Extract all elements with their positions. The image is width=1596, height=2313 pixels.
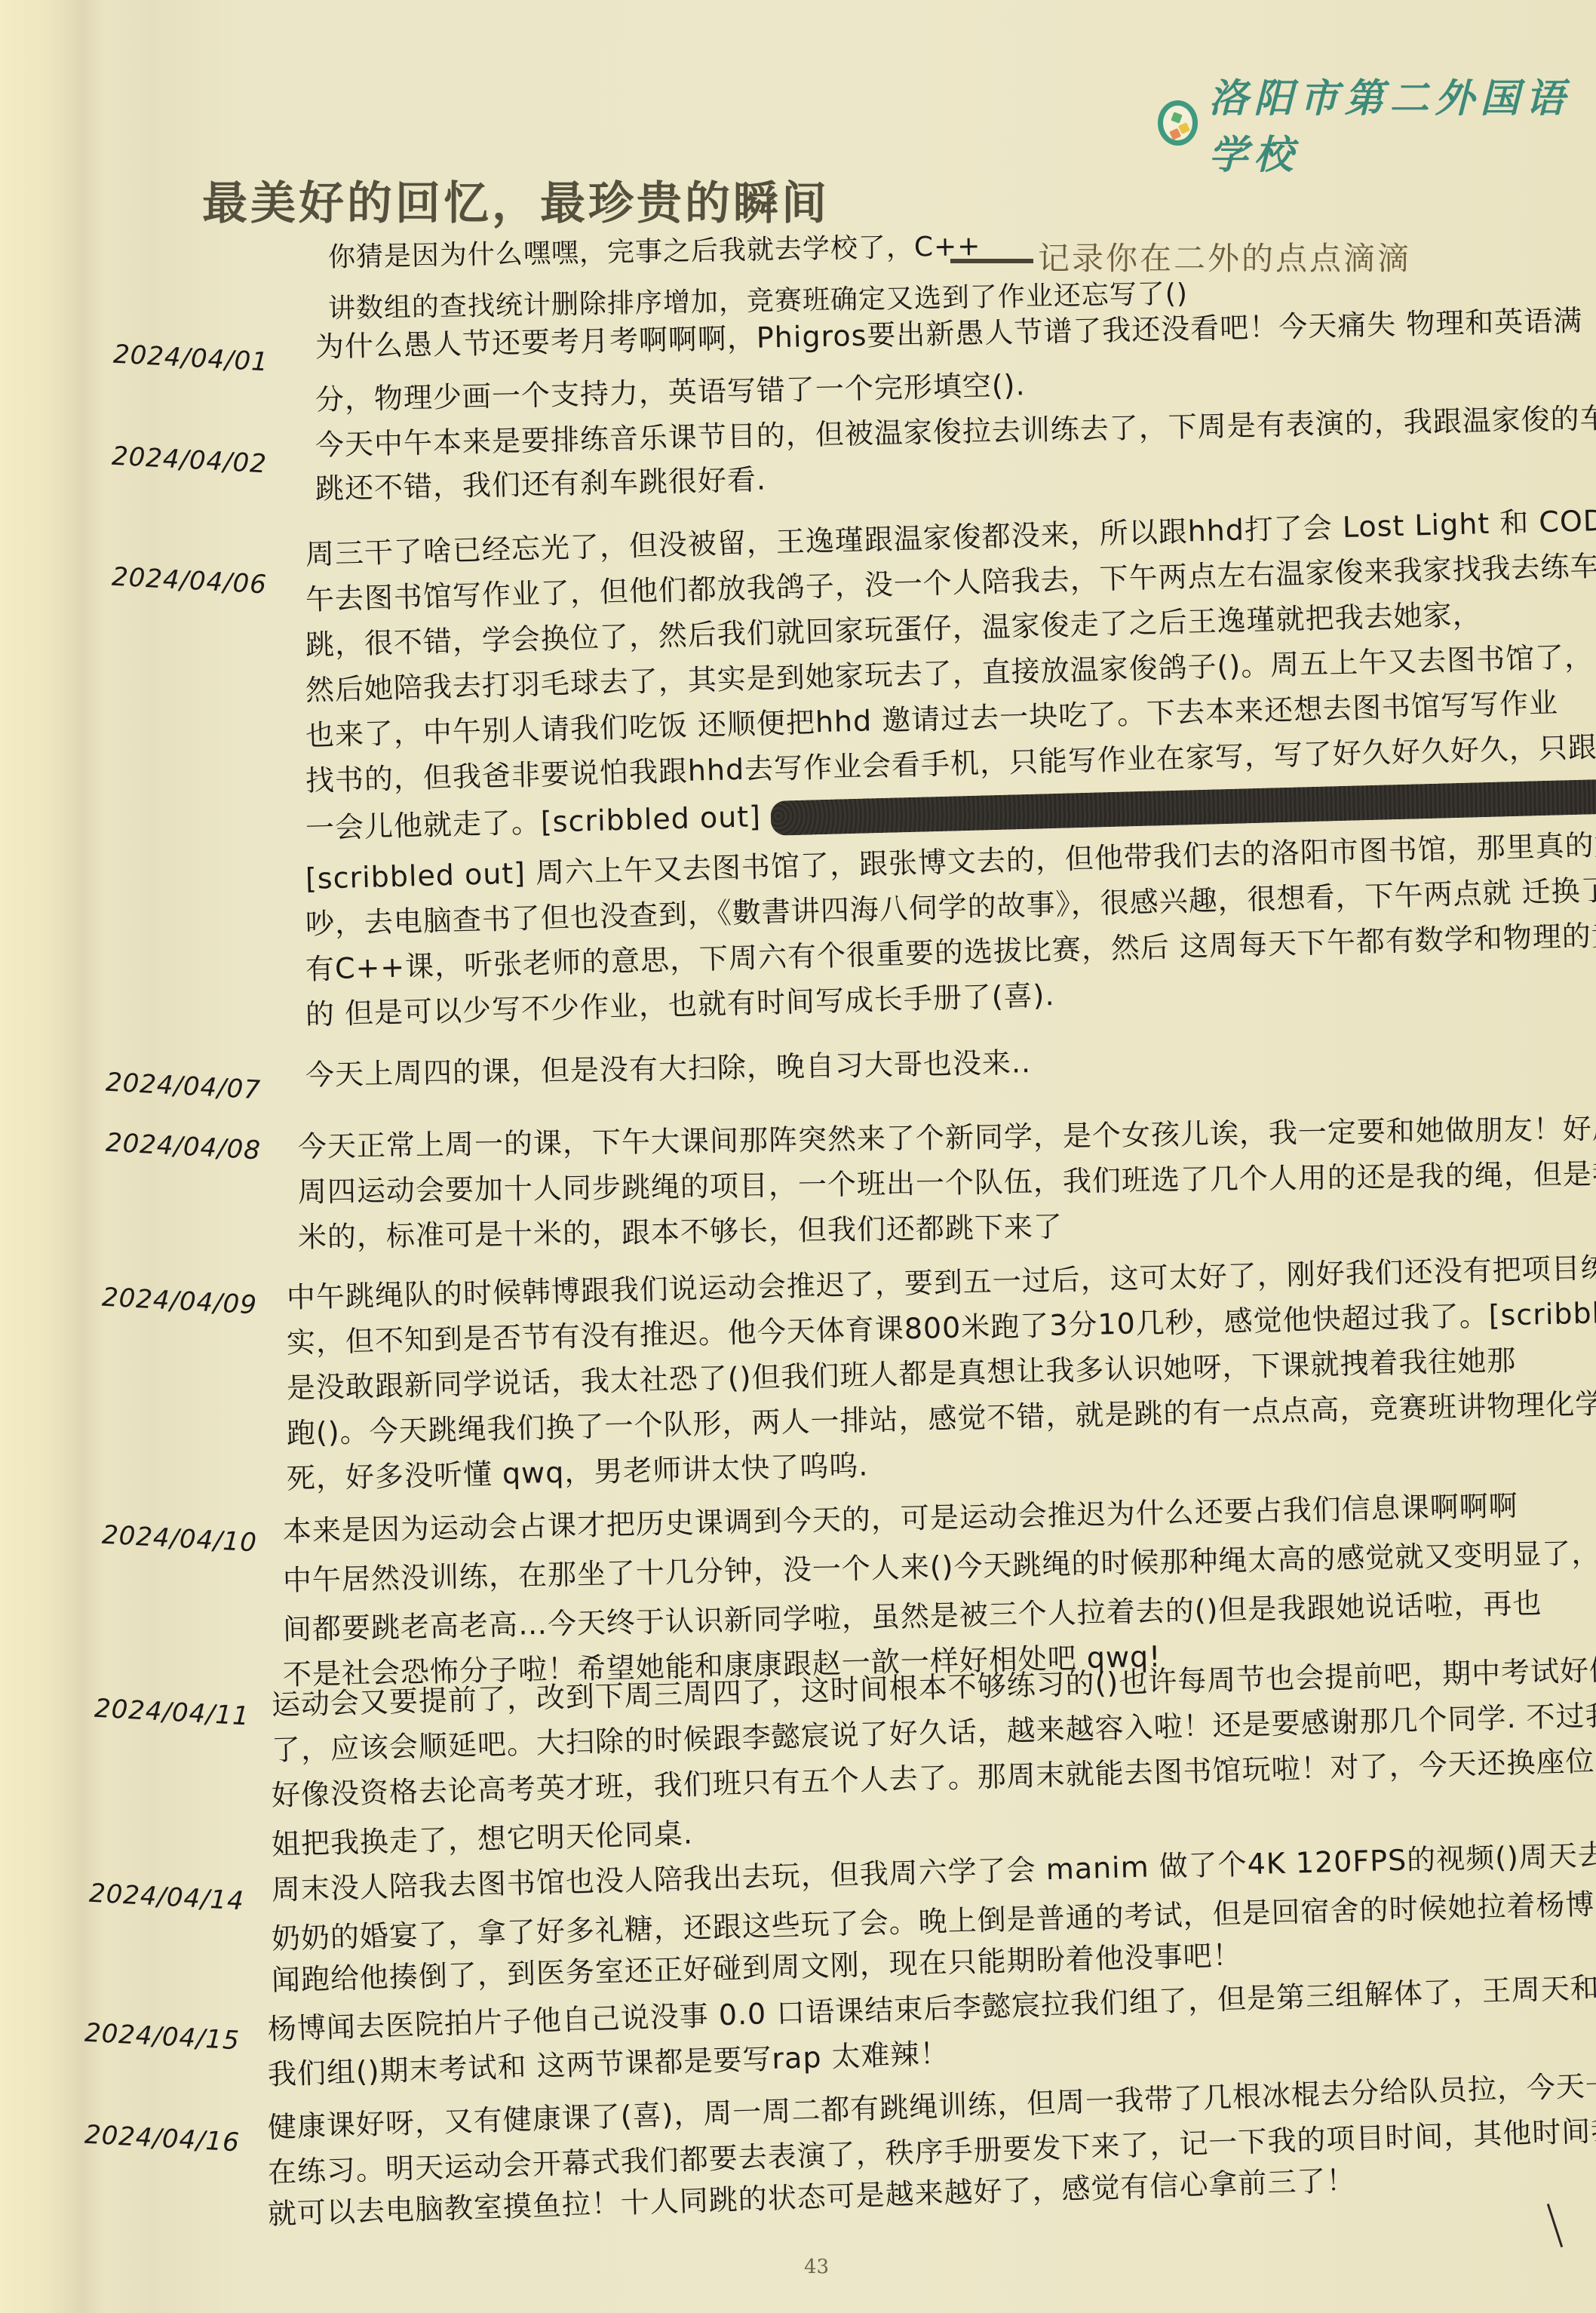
entry-date: 2024/04/08 bbox=[105, 1128, 262, 1166]
entry-line: 今天上周四的课，但是没有大扫除，晚自习大哥也没来.. bbox=[305, 1040, 1031, 1098]
subtitle-text: 记录你在二外的点点滴滴 bbox=[1038, 240, 1411, 277]
entry-line-text: 一会儿他就走了。[scribbled out] bbox=[305, 800, 761, 845]
entry-date: 2024/04/09 bbox=[101, 1282, 258, 1321]
page-number: 43 bbox=[804, 2256, 829, 2278]
entry-date: 2024/04/07 bbox=[105, 1067, 262, 1106]
school-name: 洛阳市第二外国语学校 bbox=[1208, 66, 1596, 180]
page-binding-shadow bbox=[0, 0, 106, 2313]
school-header: 洛阳市第二外国语学校 bbox=[1158, 66, 1596, 180]
entry-date: 2024/04/10 bbox=[101, 1520, 258, 1559]
preamble-line: 你猜是因为什么嘿嘿，完事之后我就去学校了，C++ bbox=[327, 224, 981, 281]
page-title: 最美好的回忆，最珍贵的瞬间 bbox=[202, 167, 830, 232]
entry-date: 2024/04/14 bbox=[88, 1878, 245, 1917]
entry-date: 2024/04/16 bbox=[84, 2120, 241, 2158]
stray-pen-mark bbox=[1547, 2204, 1563, 2247]
entry-line: 米的，标准可是十米的，跟本不够长，但我们还都跳下来了 bbox=[298, 1204, 1063, 1260]
entry-date: 2024/04/11 bbox=[94, 1694, 250, 1732]
entry-date: 2024/04/06 bbox=[111, 562, 268, 601]
school-emblem-icon bbox=[1158, 100, 1198, 146]
entry-date: 2024/04/15 bbox=[84, 2018, 241, 2057]
entry-date: 2024/04/02 bbox=[111, 441, 268, 480]
entry-line: 跳还不错，我们还有刹车跳很好看. bbox=[315, 456, 766, 511]
entry-date: 2024/04/01 bbox=[112, 339, 269, 378]
